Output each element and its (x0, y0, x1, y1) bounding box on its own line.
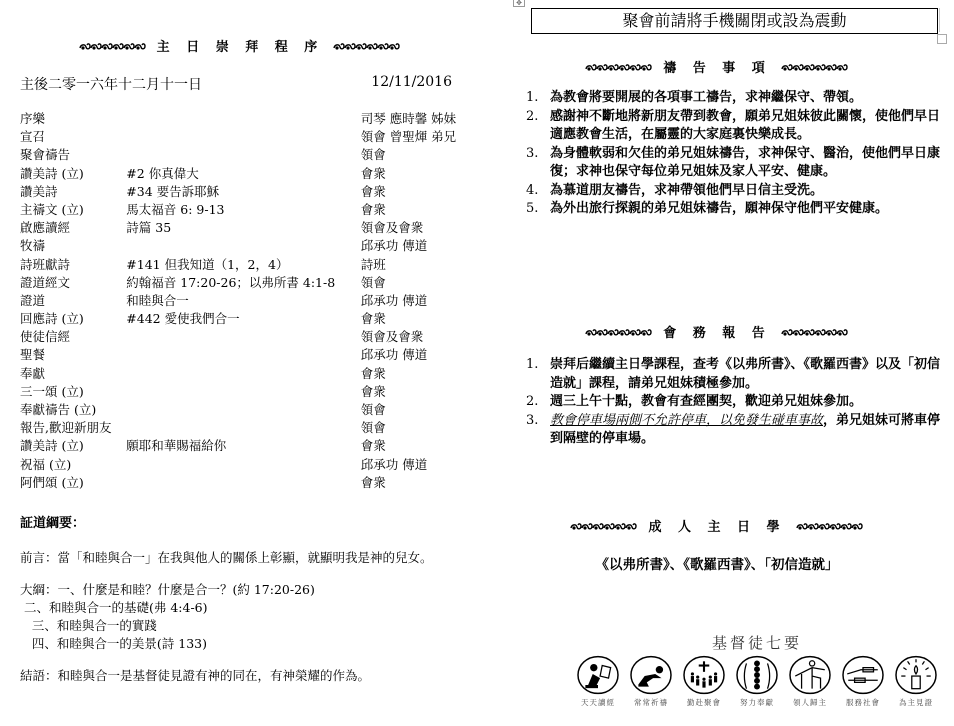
service-item: 聖餐 (20, 346, 126, 364)
reading-bible-icon (573, 655, 623, 695)
ornament-icon (781, 327, 849, 337)
seven-essential-label: 服務社會 (837, 697, 889, 708)
seven-essentials-row: 天天讀經常常祈禱勤赴聚會努力奉獻領人歸主服務社會為主見證 (572, 655, 942, 708)
service-row: 阿們頌 (立)會衆 (20, 474, 470, 492)
service-leader: 會衆 (361, 183, 470, 201)
service-leader: 領會及會衆 (361, 219, 470, 237)
service-item: 回應詩 (立) (20, 310, 126, 328)
announcements-page: ✥ 聚會前請將手機關閉或設為震動 禱 告 事 項 1.為教會將要開展的各項事工禱… (480, 0, 954, 726)
service-row: 證道經文約翰福音 17:20-26；以弗所書 4:1-8領會 (20, 274, 470, 292)
service-detail: #2 你真偉大 (126, 165, 360, 183)
offering-icon (732, 655, 782, 695)
service-item: 詩班獻詩 (20, 256, 126, 274)
announcement-body: 崇拜后繼續主日學課程，查考《以弗所書》、《歌羅西書》以及「初信造就」課程，請弟兄… (550, 357, 940, 391)
service-leader: 領會 曾聖煇 弟兄 (361, 128, 470, 146)
prayer-text: 感謝神不斷地將新朋友帶到教會，願弟兄姐妹彼此關懷，使他們早日適應教會生活，在屬靈… (550, 108, 946, 145)
seven-essential-label: 為主見證 (890, 697, 942, 708)
worship-order-title: 主 日 崇 拜 程 序 (157, 36, 324, 55)
seven-essential-item: 天天讀經 (572, 655, 624, 708)
service-item: 聚會禱告 (20, 146, 126, 164)
service-row: 啟應讀經詩篇 35領會及會衆 (20, 219, 470, 237)
candle-witness-icon (891, 655, 941, 695)
service-leader: 邱承功 傳道 (361, 456, 470, 474)
service-leader: 邱承功 傳道 (361, 346, 470, 364)
table-resize-handle[interactable] (937, 34, 947, 44)
service-leader: 領會及會衆 (361, 328, 470, 346)
service-row: 詩班獻詩#141 但我知道（1，2，4）詩班 (20, 256, 470, 274)
service-detail: #141 但我知道（1，2，4） (126, 256, 360, 274)
service-item: 牧禱 (20, 237, 126, 255)
seven-essential-label: 勤赴聚會 (678, 697, 730, 708)
phone-notice-box: 聚會前請將手機關閉或設為震動 (531, 8, 938, 34)
service-date-row: 主後二零一六年十二月十一日 12/11/2016 (20, 74, 452, 94)
service-row: 奉獻會衆 (20, 365, 470, 383)
service-leader: 會衆 (361, 165, 470, 183)
service-item: 主禱文 (立) (20, 201, 126, 219)
service-detail: 馬太福音 6: 9-13 (126, 201, 360, 219)
sermon-conclusion: 結語：和睦與合一是基督徒見證有神的同在，有神榮耀的作為。 (20, 667, 470, 685)
sermon-point-2: 二、和睦與合一的基礎(弗 4:4-6) (20, 599, 470, 617)
service-item: 三一頌 (立) (20, 383, 126, 401)
sermon-point-4: 四、和睦與合一的美景(詩 133) (20, 635, 470, 653)
announcement-text: 週三上午十點，教會有查經團契，歡迎弟兄姐妹參加。 (550, 393, 946, 412)
announcement-text: 教會停車場兩側不允許停車，以免發生碰車事故，弟兄姐妹可將車停到隔壁的停車場。 (550, 412, 946, 449)
date-numeric: 12/11/2016 (371, 74, 452, 94)
sermon-intro: 前言：當「和睦與合一」在我與他人的關係上彰顯，就顯明我是神的兒女。 (20, 549, 470, 567)
service-leader: 邱承功 傳道 (361, 292, 470, 310)
announcements-header: 會 務 報 告 (480, 322, 954, 341)
service-detail (126, 365, 360, 383)
seven-essentials-title: 基督徒七要 (572, 632, 942, 653)
announcement-item: 1.崇拜后繼續主日學課程，查考《以弗所書》、《歌羅西書》以及「初信造就」課程，請… (526, 356, 946, 393)
service-item: 奉獻禱告 (立) (20, 401, 126, 419)
announcement-text: 崇拜后繼續主日學課程，查考《以弗所書》、《歌羅西書》以及「初信造就」課程，請弟兄… (550, 356, 946, 393)
service-detail (126, 146, 360, 164)
evangelism-icon (785, 655, 835, 695)
prayer-item: 2.感謝神不斷地將新朋友帶到教會，願弟兄姐妹彼此關懷，使他們早日適應教會生活，在… (526, 108, 946, 145)
announcements-list: 1.崇拜后繼續主日學課程，查考《以弗所書》、《歌羅西書》以及「初信造就」課程，請… (526, 356, 946, 449)
service-item: 讚美詩 (立) (20, 437, 126, 455)
seven-essential-label: 努力奉獻 (731, 697, 783, 708)
item-number: 3. (526, 145, 550, 182)
seven-essential-item: 常常祈禱 (625, 655, 677, 708)
service-detail: #442 愛使我們合一 (126, 310, 360, 328)
item-number: 1. (526, 89, 550, 108)
service-icon (838, 655, 888, 695)
ornament-icon (570, 521, 638, 531)
service-row: 奉獻禱告 (立)領會 (20, 401, 470, 419)
service-leader: 會衆 (361, 310, 470, 328)
service-leader: 詩班 (361, 256, 470, 274)
service-row: 證道和睦與合一邱承功 傳道 (20, 292, 470, 310)
worship-order-header: 主 日 崇 拜 程 序 (0, 36, 480, 55)
service-leader: 領會 (361, 401, 470, 419)
service-row: 祝福 (立)邱承功 傳道 (20, 456, 470, 474)
seven-essential-label: 領人歸主 (784, 697, 836, 708)
item-number: 5. (526, 200, 550, 219)
sunday-school-books: 《以弗所書》、《歌羅西書》、「初信造就」 (480, 553, 954, 573)
service-row: 三一頌 (立)會衆 (20, 383, 470, 401)
ornament-icon (781, 62, 849, 72)
service-leader: 會衆 (361, 365, 470, 383)
service-row: 讚美詩 (立)#2 你真偉大會衆 (20, 165, 470, 183)
prayer-title: 禱 告 事 項 (663, 57, 771, 76)
seven-essential-label: 常常祈禱 (625, 697, 677, 708)
parking-warning: 教會停車場兩側不允許停車，以免發生碰車事故 (550, 413, 823, 428)
prayer-item: 5.為外出旅行探親的弟兄姐妹禱告，願神保守他們平安健康。 (526, 200, 946, 219)
service-row: 回應詩 (立)#442 愛使我們合一會衆 (20, 310, 470, 328)
service-detail (126, 110, 360, 128)
service-detail: 願耶和華賜福給你 (126, 437, 360, 455)
order-of-worship-page: 主 日 崇 拜 程 序 主後二零一六年十二月十一日 12/11/2016 序樂司… (0, 0, 480, 726)
seven-essential-item: 為主見證 (890, 655, 942, 708)
prayer-header: 禱 告 事 項 (480, 57, 954, 76)
service-leader: 領會 (361, 419, 470, 437)
service-leader: 領會 (361, 146, 470, 164)
seven-essential-item: 勤赴聚會 (678, 655, 730, 708)
prayer-item: 4.為慕道朋友禱告，求神帶領他們早日信主受洗。 (526, 182, 946, 201)
service-detail: 約翰福音 17:20-26；以弗所書 4:1-8 (126, 274, 360, 292)
service-item: 證道 (20, 292, 126, 310)
sermon-outline: 証道綱要： 前言：當「和睦與合一」在我與他人的關係上彰顯，就顯明我是神的兒女。 … (20, 512, 470, 685)
service-detail (126, 474, 360, 492)
announcement-item: 3.教會停車場兩側不允許停車，以免發生碰車事故，弟兄姐妹可將車停到隔壁的停車場。 (526, 412, 946, 449)
service-order-table: 序樂司琴 應時馨 姊妹宣召領會 曾聖煇 弟兄聚會禱告領會讚美詩 (立)#2 你真… (20, 110, 470, 492)
service-detail (126, 128, 360, 146)
table-edge (939, 8, 940, 32)
seven-essential-item: 服務社會 (837, 655, 889, 708)
service-detail: 和睦與合一 (126, 292, 360, 310)
seven-essential-item: 領人歸主 (784, 655, 836, 708)
service-item: 讚美詩 (立) (20, 165, 126, 183)
service-row: 聖餐邱承功 傳道 (20, 346, 470, 364)
service-item: 讚美詩 (20, 183, 126, 201)
service-row: 主禱文 (立)馬太福音 6: 9-13會衆 (20, 201, 470, 219)
date-chinese: 主後二零一六年十二月十一日 (20, 74, 202, 94)
service-leader: 司琴 應時馨 姊妹 (361, 110, 470, 128)
service-detail: 詩篇 35 (126, 219, 360, 237)
service-item: 使徒信經 (20, 328, 126, 346)
ornament-icon (585, 62, 653, 72)
announcements-title: 會 務 報 告 (663, 322, 771, 341)
service-row: 聚會禱告領會 (20, 146, 470, 164)
ornament-icon (333, 41, 401, 51)
service-detail (126, 237, 360, 255)
service-leader: 邱承功 傳道 (361, 237, 470, 255)
announcement-body: 週三上午十點，教會有查經團契，歡迎弟兄姐妹參加。 (550, 394, 862, 409)
service-row: 使徒信經領會及會衆 (20, 328, 470, 346)
service-detail (126, 346, 360, 364)
ornament-icon (796, 521, 864, 531)
prayer-list: 1.為教會將要開展的各項事工禱告，求神繼保守、帶領。2.感謝神不斷地將新朋友帶到… (526, 89, 946, 219)
table-move-handle[interactable]: ✥ (513, 0, 525, 7)
sunday-school-header: 成 人 主 日 學 (480, 516, 954, 535)
service-row: 報告,歡迎新朋友領會 (20, 419, 470, 437)
sermon-outline-heading: 証道綱要： (20, 512, 470, 531)
announcement-item: 2.週三上午十點，教會有查經團契，歡迎弟兄姐妹參加。 (526, 393, 946, 412)
ornament-icon (585, 327, 653, 337)
service-row: 牧禱邱承功 傳道 (20, 237, 470, 255)
service-detail (126, 419, 360, 437)
item-number: 2. (526, 393, 550, 412)
sermon-point-3: 三、和睦與合一的實踐 (20, 617, 470, 635)
sermon-point-1: 大綱：一、什麼是和睦？什麼是合一？(約 17:20-26) (20, 581, 470, 599)
item-number: 4. (526, 182, 550, 201)
prayer-text: 為身體軟弱和欠佳的弟兄姐妹禱告，求神保守、醫治，使他們早日康復；求神也保守每位弟… (550, 145, 946, 182)
prayer-item: 3.為身體軟弱和欠佳的弟兄姐妹禱告，求神保守、醫治，使他們早日康復；求神也保守每… (526, 145, 946, 182)
service-detail (126, 456, 360, 474)
prayer-text: 為教會將要開展的各項事工禱告，求神繼保守、帶領。 (550, 89, 946, 108)
service-item: 報告,歡迎新朋友 (20, 419, 126, 437)
seven-essential-label: 天天讀經 (572, 697, 624, 708)
item-number: 1. (526, 356, 550, 393)
seven-essentials-graphic: 基督徒七要 天天讀經常常祈禱勤赴聚會努力奉獻領人歸主服務社會為主見證 (572, 632, 942, 708)
service-item: 阿們頌 (立) (20, 474, 126, 492)
sunday-school-title: 成 人 主 日 學 (648, 516, 785, 535)
seven-essential-item: 努力奉獻 (731, 655, 783, 708)
service-item: 證道經文 (20, 274, 126, 292)
ornament-icon (79, 41, 147, 51)
service-item: 宣召 (20, 128, 126, 146)
service-row: 讚美詩 (立)願耶和華賜福給你會衆 (20, 437, 470, 455)
service-detail: #34 要告訴耶穌 (126, 183, 360, 201)
service-leader: 會衆 (361, 201, 470, 219)
service-leader: 會衆 (361, 383, 470, 401)
service-detail (126, 401, 360, 419)
service-row: 讚美詩#34 要告訴耶穌會衆 (20, 183, 470, 201)
prayer-item: 1.為教會將要開展的各項事工禱告，求神繼保守、帶領。 (526, 89, 946, 108)
service-item: 奉獻 (20, 365, 126, 383)
service-detail (126, 328, 360, 346)
service-item: 祝福 (立) (20, 456, 126, 474)
service-item: 啟應讀經 (20, 219, 126, 237)
item-number: 3. (526, 412, 550, 449)
service-row: 序樂司琴 應時馨 姊妹 (20, 110, 470, 128)
service-leader: 會衆 (361, 474, 470, 492)
service-detail (126, 383, 360, 401)
service-item: 序樂 (20, 110, 126, 128)
service-leader: 會衆 (361, 437, 470, 455)
prayer-text: 為慕道朋友禱告，求神帶領他們早日信主受洗。 (550, 182, 946, 201)
prayer-text: 為外出旅行探親的弟兄姐妹禱告，願神保守他們平安健康。 (550, 200, 946, 219)
praying-icon (626, 655, 676, 695)
service-leader: 領會 (361, 274, 470, 292)
gathering-icon (679, 655, 729, 695)
service-row: 宣召領會 曾聖煇 弟兄 (20, 128, 470, 146)
item-number: 2. (526, 108, 550, 145)
